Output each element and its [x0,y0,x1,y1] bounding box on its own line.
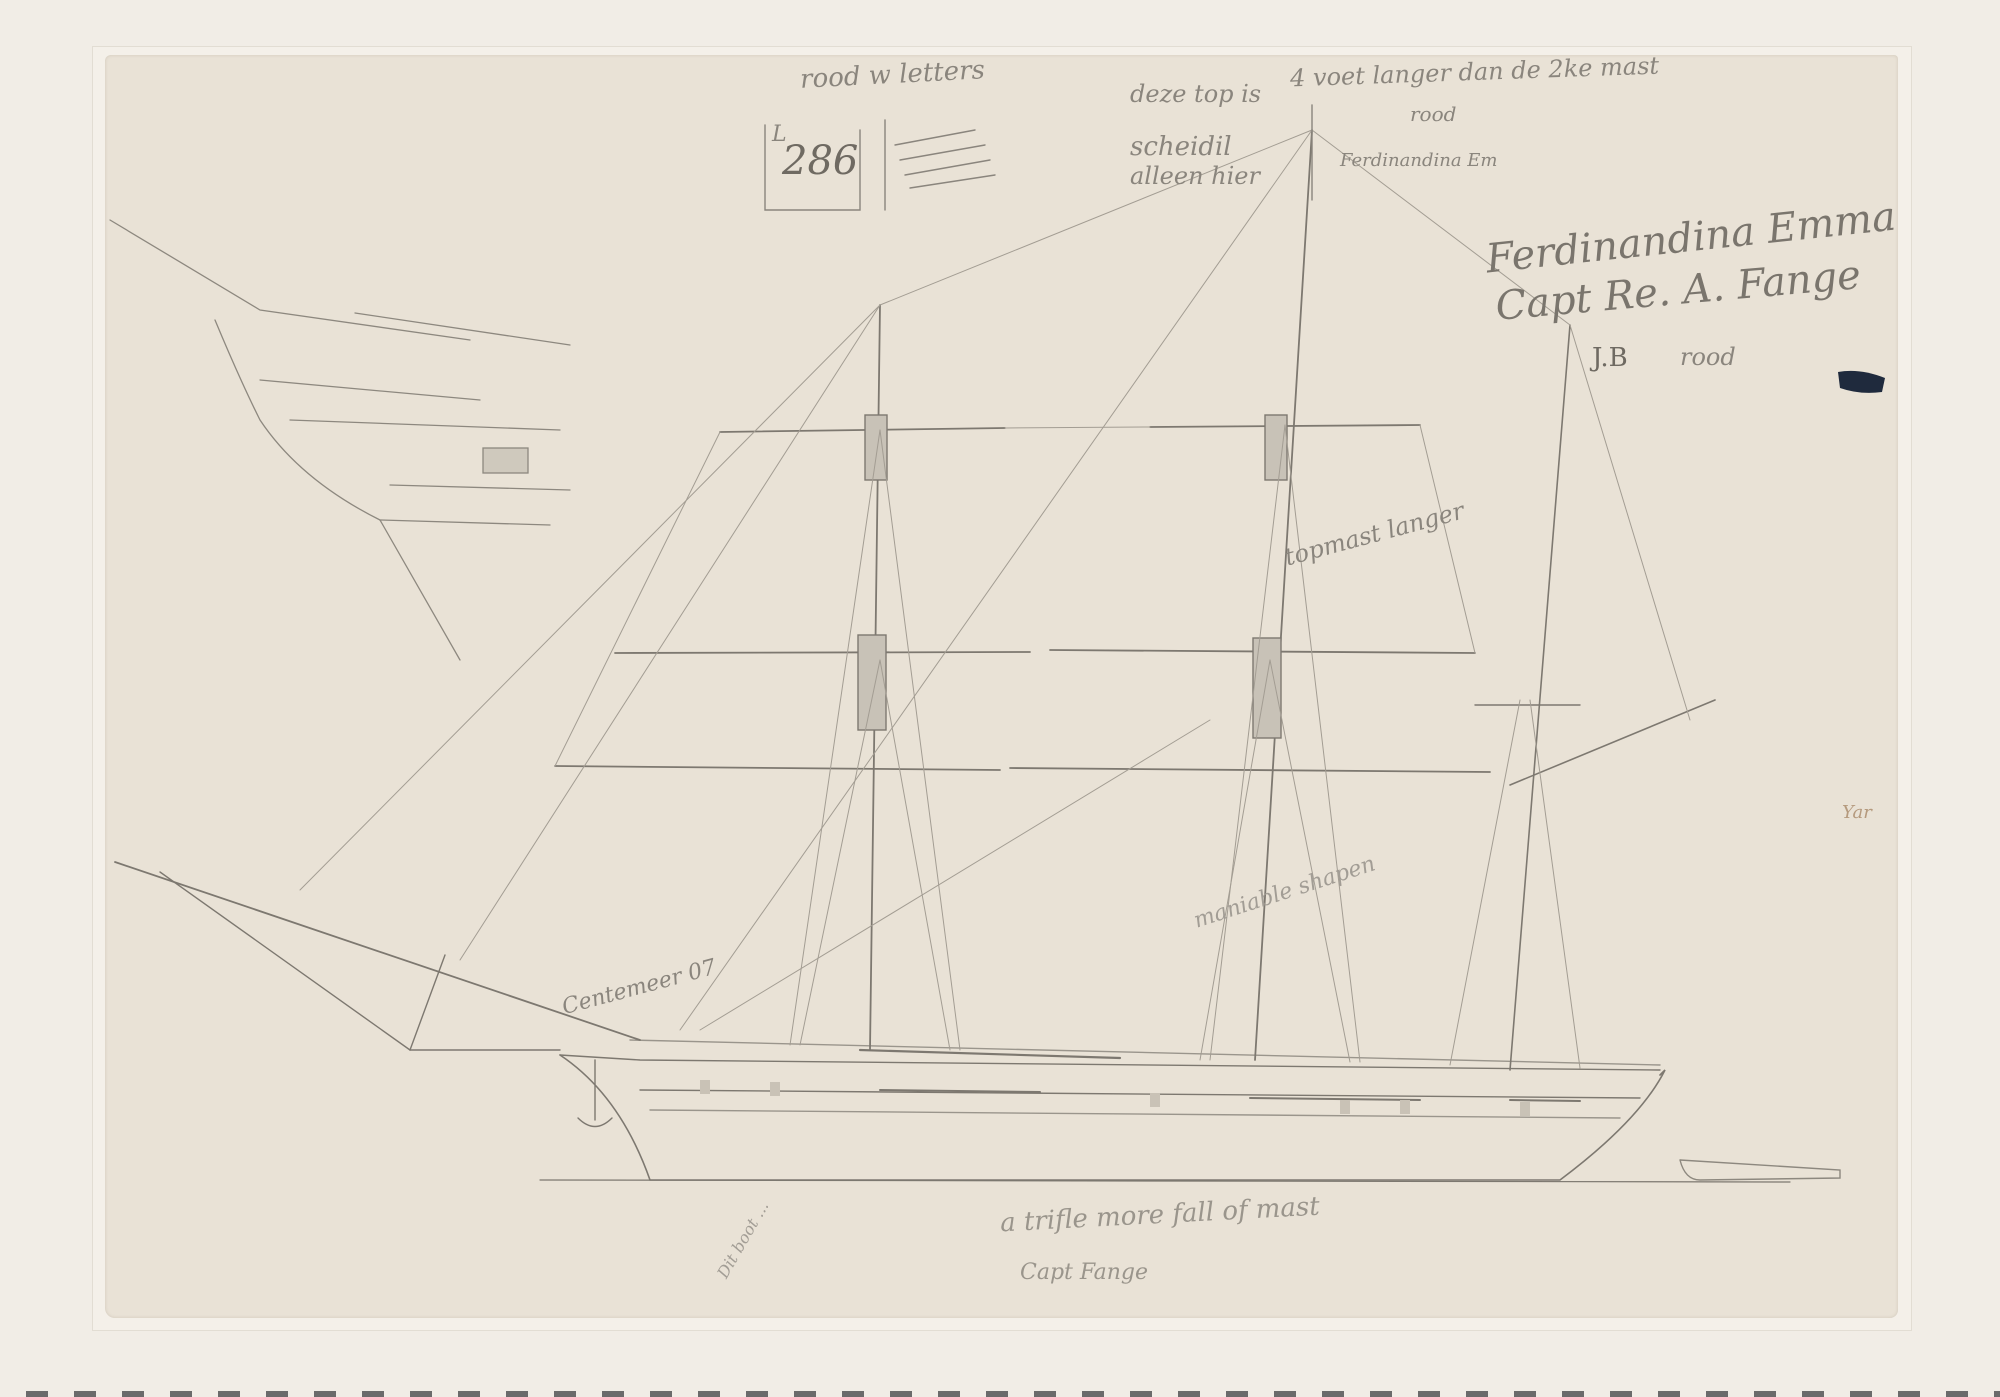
right-edge-note: Yar [1842,802,1872,823]
mizzen-flag-color: rood [1680,343,1736,371]
bottom-edge-strip [0,1391,2000,1397]
mizzen-flag-letters: J.B [1592,343,1628,373]
ship-drawing [0,0,2000,1397]
flag-number-prefix: L [772,122,787,147]
bottom-signature: Capt Fange [1020,1260,1148,1285]
pennant-text: Ferdinandina Em [1340,150,1498,171]
top-note-3: alleen hier [1130,162,1260,190]
top-note-2: scheidil [1130,132,1232,162]
top-note-1: deze top is [1130,80,1261,108]
pennant-color: rood [1410,102,1456,126]
flag-number: 286 [782,138,858,184]
